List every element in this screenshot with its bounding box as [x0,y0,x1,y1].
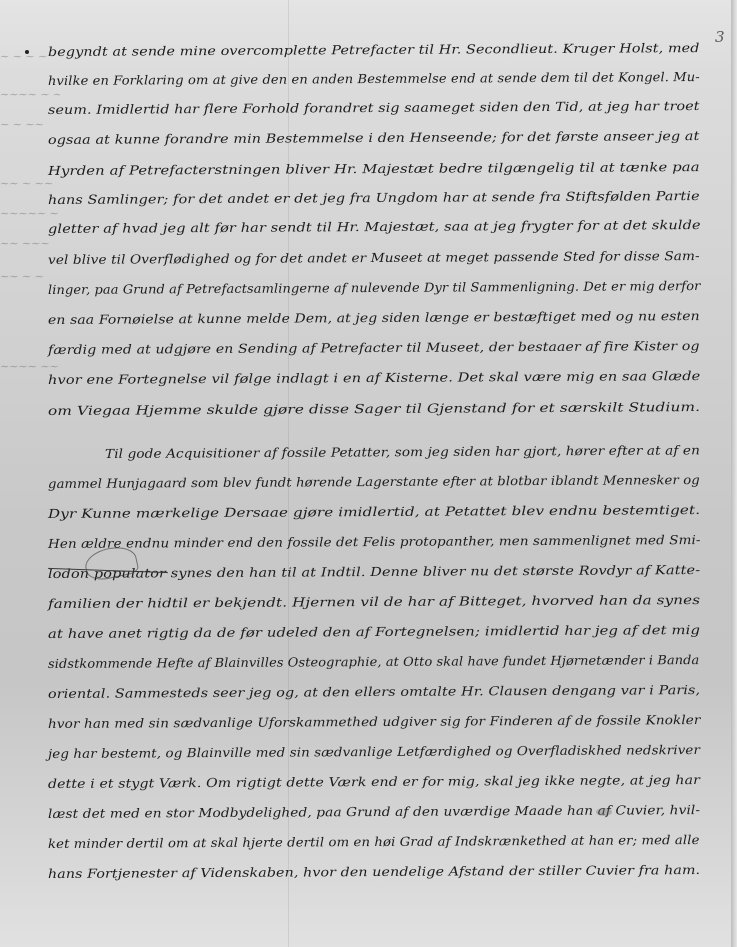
manuscript-line: gammel Hunjagaard som blev fundt hørende… [48,472,700,491]
paper-stain [596,808,612,816]
manuscript-line: linger, paa Grund af Petrefactsamlingern… [48,278,700,297]
bleed-through-mark: ~~~~ ~ ~ [0,88,62,101]
manuscript-line: færdig med at udgjøre en Sending af Petr… [48,338,700,357]
manuscript-line: oriental. Sammesteds seer jeg og, at den… [48,682,700,701]
manuscript-line: jeg har bestemt, og Blainville med sin s… [48,742,700,761]
manuscript-line: Dyr Kunne mærkelige Dersaae gjøre imidle… [48,502,700,521]
bleed-through-mark: ~~~~~ ~ [0,207,62,220]
manuscript-line: gletter af hvad jeg alt før har sendt ti… [48,217,701,236]
manuscript-line: ogsaa at kunne forandre min Bestemmelse … [48,128,700,147]
bleed-through-mark: ~~ ~~~ [0,237,62,250]
manuscript-line: hans Samlinger; for det andet er det jeg… [48,188,700,207]
manuscript-page: ~ ~ ~ ~ ~~~~ ~ ~ ~ ~ ~~ ~~ ~ ~~ ~~~~~ ~ … [0,0,737,947]
page-edge [731,0,737,947]
manuscript-line: Hen ældre endnu minder end den fossile d… [48,532,701,551]
manuscript-line: Til gode Acquisitioner af fossile Petatt… [105,442,700,461]
manuscript-line: hvor ene Fortegnelse vil følge indlagt i… [48,368,700,387]
page-number: 3 [715,28,725,46]
manuscript-line: en saa Fornøielse at kunne melde Dem, at… [48,308,700,327]
manuscript-line: hvilke en Forklaring om at give den en a… [48,69,700,88]
manuscript-line: ket minder dertil om at skal hjerte dert… [48,832,700,851]
manuscript-line: vel blive til Overflødighed og for det a… [48,248,700,267]
bleed-through-mark: ~ ~ ~~ [0,118,62,131]
manuscript-line: seum. Imidlertid har flere Forhold foran… [48,98,700,117]
manuscript-line: dette i et stygt Værk. Om rigtigt dette … [48,772,700,791]
bleed-through-mark: ~~ ~ ~~ [0,177,62,190]
manuscript-line: Hyrden af Petrefacterstningen bliver Hr.… [48,159,700,178]
manuscript-line: om Viegaa Hjemme skulde gjøre disse Sage… [48,399,700,418]
manuscript-line: hans Fortjenester af Videnskaben, hvor d… [48,862,700,881]
manuscript-line: at have anet rigtig da de før udeled den… [48,622,700,641]
manuscript-line: begyndt at sende mine overcomplette Petr… [48,40,700,59]
manuscript-line: hvor han med sin sædvanlige Uforskammeth… [48,712,701,731]
manuscript-line: sidstkommende Hefte af Blainvilles Osteo… [48,652,699,671]
manuscript-line: familien der hidtil er bekjendt. Hjernen… [48,592,700,611]
